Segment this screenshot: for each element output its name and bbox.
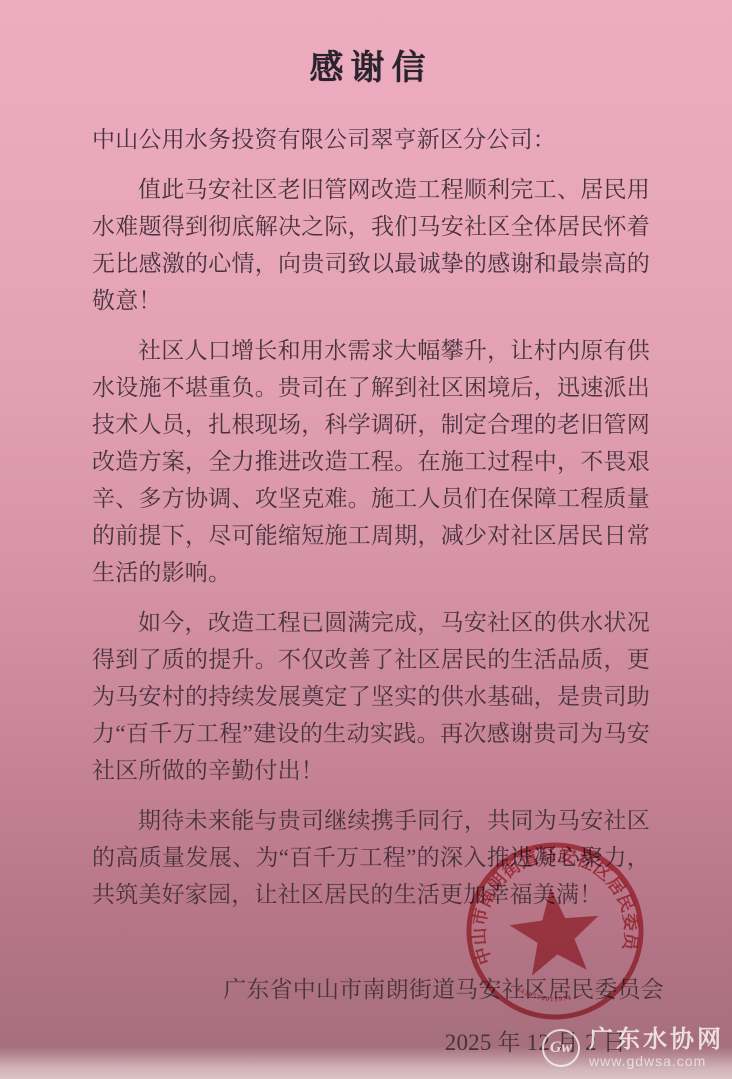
gdwsa-logo-icon: Gw	[542, 1029, 580, 1067]
letter-salutation: 中山公用水务投资有限公司翠亨新区分公司：	[92, 121, 650, 158]
letter-title: 感谢信	[92, 50, 650, 87]
svg-text:4420570015974: 4420570015974	[514, 979, 573, 1007]
seal-serial: 4420570015974	[514, 979, 573, 1007]
letter-page: 感谢信 中山公用水务投资有限公司翠亨新区分公司： 值此马安社区老旧管网改造工程顺…	[0, 0, 732, 1079]
seal-star-icon	[506, 884, 604, 978]
watermark-text: 广东水协网 www.gdwsa.com	[589, 1027, 724, 1069]
letter-paragraph-1: 值此马安社区老旧管网改造工程顺利完工、居民用水难题得到彻底解决之际，我们马安社区…	[92, 171, 650, 319]
official-seal: 中山市南朗街道马安社区居民委员会 4420570015974	[436, 812, 673, 1049]
letter-paragraph-2: 社区人口增长和用水需求大幅攀升，让村内原有供水设施不堪重负。贵司在了解到社区困境…	[92, 332, 650, 591]
watermark-site-url: www.gdwsa.com	[589, 1054, 724, 1069]
watermark-site-name: 广东水协网	[589, 1027, 724, 1053]
letter-paragraph-3: 如今，改造工程已圆满完成，马安社区的供水状况得到了质的提升。不仅改善了社区居民的…	[92, 604, 650, 789]
watermark: Gw 广东水协网 www.gdwsa.com	[542, 1027, 724, 1069]
